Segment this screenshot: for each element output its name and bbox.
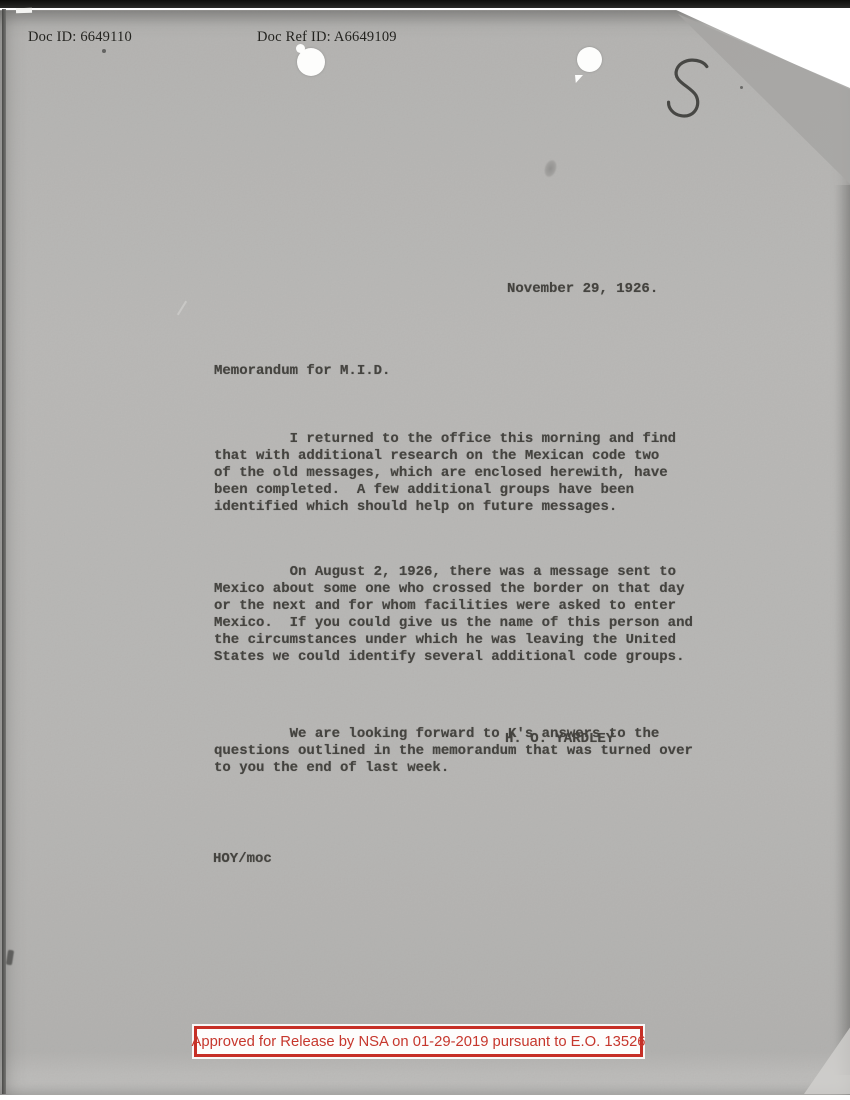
- memo-body: I returned to the office this morning an…: [214, 397, 724, 825]
- ink-speck: [740, 86, 743, 89]
- memo-date: November 29, 1926.: [507, 281, 658, 298]
- paper-right-edge-shadow: [834, 185, 850, 1075]
- memo-salutation: Memorandum for M.I.D.: [214, 363, 390, 380]
- ink-speck: [102, 49, 106, 53]
- doc-ref-id-label: Doc Ref ID: A6649109: [257, 29, 397, 46]
- scanner-top-bar: [0, 0, 850, 8]
- memo-paragraph-2: On August 2, 1926, there was a message s…: [214, 564, 724, 666]
- release-stamp: Approved for Release by NSA on 01-29-201…: [194, 1026, 643, 1057]
- memo-paragraph-1: I returned to the office this morning an…: [214, 431, 724, 516]
- memo-paragraph-3: We are looking forward to K's answers to…: [214, 726, 724, 777]
- release-stamp-text: Approved for Release by NSA on 01-29-201…: [191, 1034, 645, 1050]
- scanned-document-page: Doc ID: 6649110 Doc Ref ID: A6649109 Nov…: [0, 0, 850, 1100]
- memo-signature: H. O. YARDLEY: [505, 731, 614, 748]
- scanner-top-notch: [16, 8, 32, 14]
- doc-id-label: Doc ID: 6649110: [28, 29, 132, 46]
- handwritten-s-mark: [665, 55, 715, 125]
- punch-hole-right: [577, 47, 602, 72]
- paper-left-edge-shadow: [2, 9, 6, 1094]
- typist-initials: HOY/moc: [213, 851, 272, 868]
